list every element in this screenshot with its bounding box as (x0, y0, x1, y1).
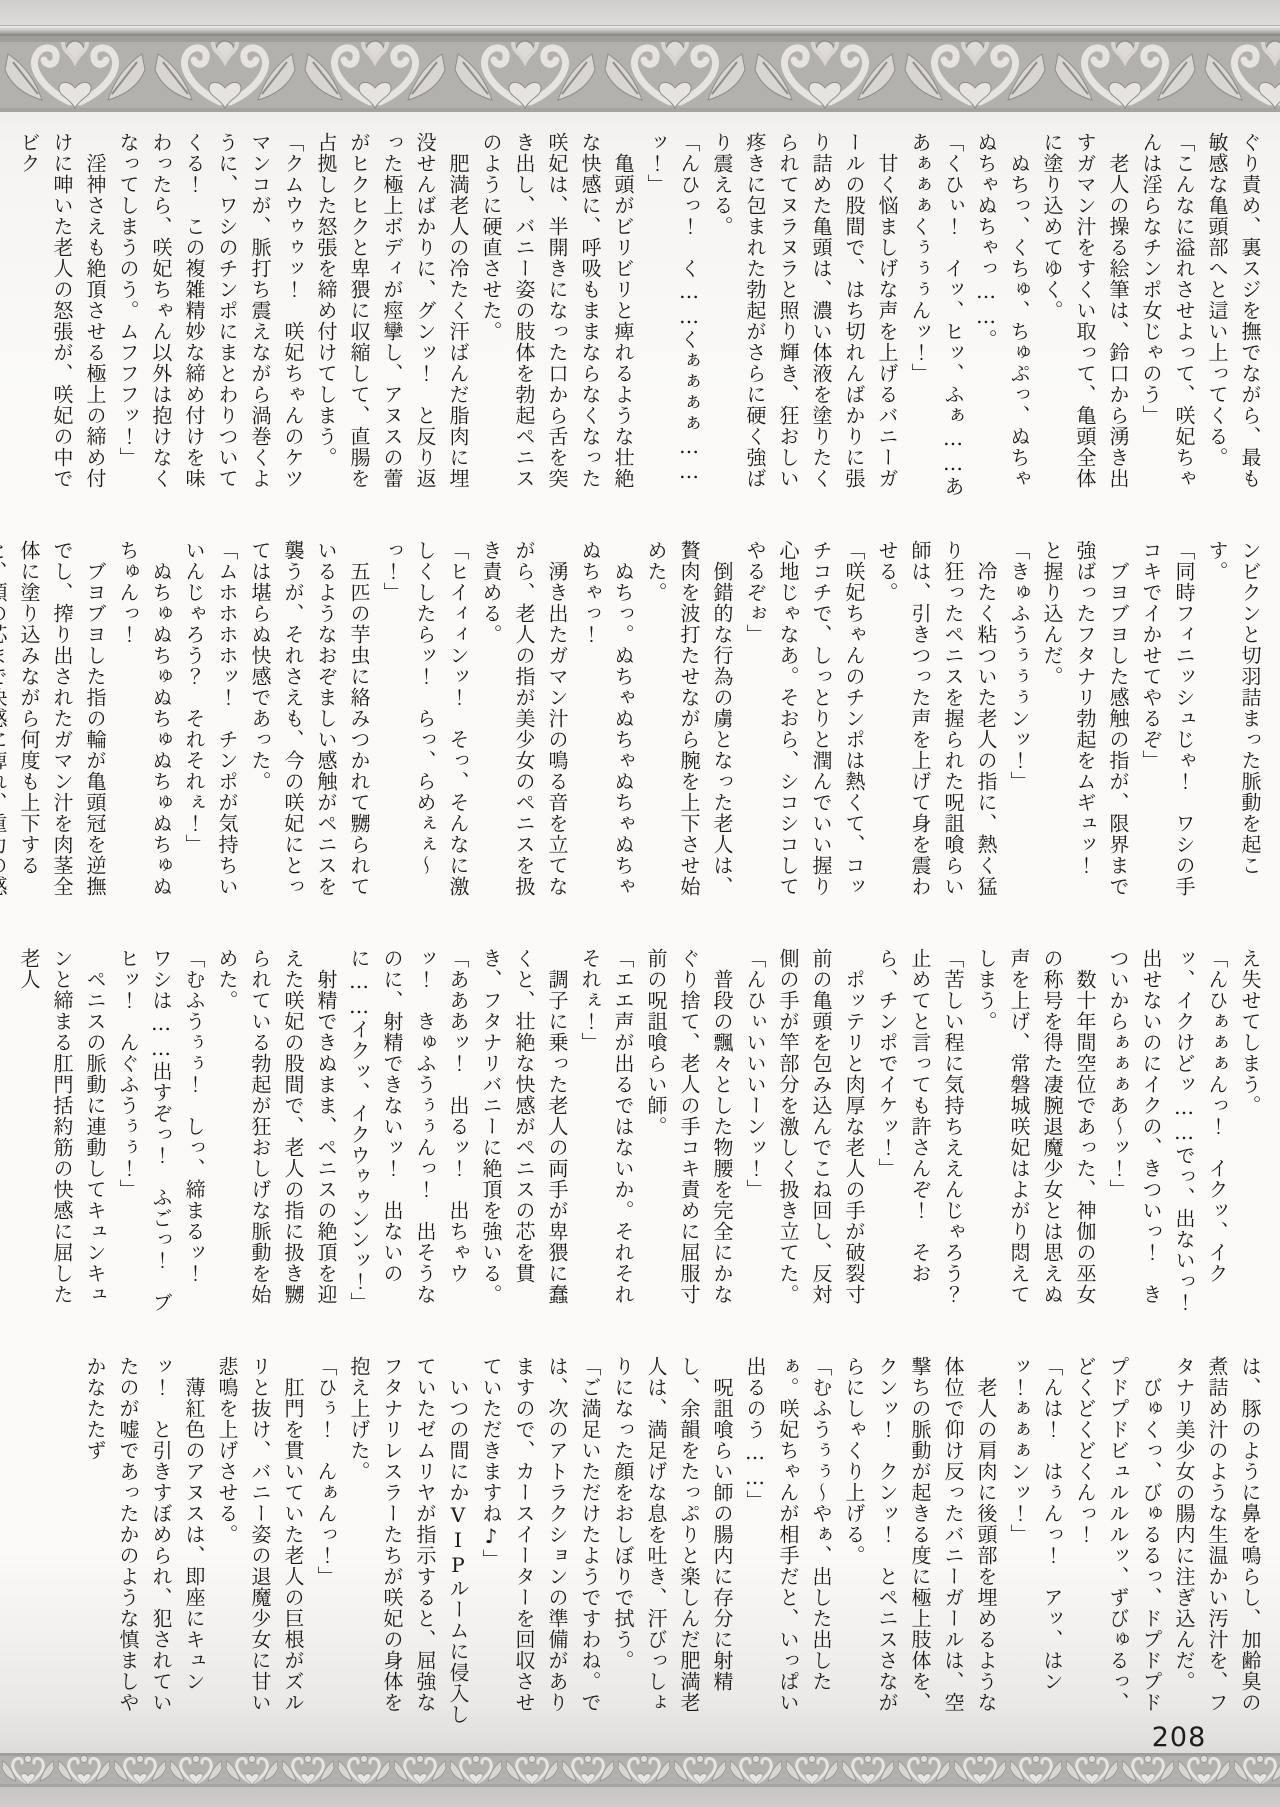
scrollwork-frieze-small-icon (0, 1753, 1280, 1787)
paragraph: 「ムホホホホッ！ チンポが気持ちいいんじゃろう？ それそれぇ！」 (177, 540, 243, 914)
top-margin-strip (0, 0, 1280, 25)
scrollwork-frieze-icon (0, 36, 1280, 112)
paragraph: え失せてしまう。 (1233, 948, 1266, 1322)
paragraph: 老人の操る絵筆は、鈴口から湧き出すガマン汁をすくい取って、亀頭全体に塗り込めてゆ… (1035, 132, 1134, 506)
paragraph: 「苦しい程に気持ちええんじゃろう？ 止めてと言っても許さんぞ！ そおら、チンポで… (870, 948, 969, 1322)
paragraph: 数十年間空位であった、神伽の巫女の称号を得た凄腕退魔少女とは思えぬ声を上げ、常磐… (969, 948, 1101, 1322)
bottom-margin-strip (0, 1787, 1280, 1807)
paragraph: 「ひぅ！ んぁんっ！」 (309, 1356, 342, 1730)
paragraph: 「んひぃいいいーンッ！」 (738, 948, 771, 1322)
paragraph: 「ご満足いただけたようですわね。では、次のアトラクションの準備がありますので、カ… (474, 1356, 606, 1730)
paragraph: 倒錯的な行為の虜となった老人は、贅肉を波打たせながら腕を上下させ始めた。 (639, 540, 738, 914)
paragraph: 「んひっ！ く……くぁぁぁぁ……ッ！」 (639, 132, 705, 506)
paragraph: 五匹の芋虫に絡みつかれて嬲られているようなおぞましい感触がペニスを襲うが、それさ… (243, 540, 375, 914)
paragraph: びゅくっ、びゅるるっ、ドプドプドプドプドビュルルルッ、ずびゅるっ、どくどくどくん… (1068, 1356, 1167, 1730)
paragraph: 呪詛喰らい師の腸内に存分に射精し、余韻をたっぷりと楽しんだ肥満老人は、満足げな息… (606, 1356, 738, 1730)
paragraph: 「んひぁぁぁんっ！ イクッ、イクッ、イクけどッ……でっ、出ないっ！ 出せないのに… (1101, 948, 1233, 1322)
paragraph: 薄紅色のアヌスは、即座にキュンッ！ と引きすぼめられ、犯されていたのが嘘であった… (78, 1356, 210, 1730)
paragraph: 「咲妃ちゃんのチンポは熱くて、コッチコチで、しっとりと潤んでいい握り心地じゃなあ… (738, 540, 870, 914)
paragraph: 「同時フィニッシュじゃ！ ワシの手コキでイかせてやるぞ」 (1134, 540, 1200, 914)
paragraph: ブヨブヨした感触の指が、限界まで強ばったフタナリ勃起をムギュッ！ と握り込んだ。 (1035, 540, 1134, 914)
paragraph: 「きゅふうぅぅぅンッ！」 (1002, 540, 1035, 914)
ornamental-top-border (0, 0, 1280, 112)
text-band-1: ぐり責め、裏スジを撫でながら、最も敏感な亀頭部へと這い上ってくる。「こんなに溢れ… (0, 132, 1280, 506)
paragraph: 「ヒイィィンッ！ そっ、そんなに激しくしたらッ！ らっ、らめぇぇ～っ！」 (375, 540, 474, 914)
paragraph: 「クムウゥゥッ！ 咲妃ちゃんのケツマンコが、脈打ち震えながら渦巻くように、ワシの… (111, 132, 309, 506)
paragraph: 「むふうぅぅ！ しっ、締まるッ！ ワシは……出すぞっ！ ふごっ！ ブヒッ！ んぐ… (111, 948, 210, 1322)
paragraph: ペニスの脈動に連動してキュンキュンと締まる肛門括約筋の快感に屈した老人 (12, 948, 111, 1322)
paragraph: 調子に乗った老人の両手が卑猥に蠢くと、壮絶な快感がペニスの芯を貫き、フタナリバニ… (474, 948, 573, 1322)
page-number: 208 (1146, 1722, 1212, 1753)
top-ridge-line (0, 25, 1280, 36)
paragraph: 肛門を貫いていた老人の巨根がズルリと抜け、バニー姿の退魔少女に甘い悲鳴を上げさせ… (210, 1356, 309, 1730)
ornamental-bottom-border (0, 1753, 1280, 1807)
paragraph: 「むふうぅぅ～やぁ、出した出したぁ。咲妃ちゃんが相手だと、いっぱい出るのう……」 (738, 1356, 837, 1730)
paragraph: いつの間にかVIPルームに侵入していたゼムリヤが指示すると、屈強なフタナリレスラ… (342, 1356, 474, 1730)
paragraph: 「エエ声が出るではないか。それそれそれぇ！」 (573, 948, 639, 1322)
paragraph: 亀頭がビリビリと痺れるような壮絶な快感に、呼吸もままならなくなった咲妃は、半開き… (474, 132, 639, 506)
paragraph: ぬちっ。ぬちゃぬちゃぬちゃぬちゃぬちゃっ！ (573, 540, 639, 914)
paragraph: 肥満老人の冷たく汗ばんだ脂肉に埋没せんばかりに、グンッ！ と反り返った極上ボディ… (309, 132, 474, 506)
paragraph: 「んは！ はぅんっ！ アッ、はンッ！ぁぁぁンッ！」 (1002, 1356, 1068, 1730)
paragraph: は、豚のように鼻を鳴らし、加齢臭の煮詰め汁のような生温かい汚汁を、フタナリ美少女… (1167, 1356, 1266, 1730)
paragraph: 射精できぬまま、ペニスの絶頂を迎えた咲妃の股間で、老人の指に扱き嬲られている勃起… (210, 948, 342, 1322)
text-band-3: え失せてしまう。「んひぁぁぁんっ！ イクッ、イクッ、イクけどッ……でっ、出ないっ… (0, 948, 1280, 1322)
paragraph: ンビクンと切羽詰まった脈動を起こす。 (1200, 540, 1266, 914)
text-band-4: は、豚のように鼻を鳴らし、加齢臭の煮詰め汁のような生温かい汚汁を、フタナリ美少女… (0, 1356, 1280, 1730)
paragraph: 「こんなに溢れさせよって、咲妃ちゃんは淫らなチンポ女じゃのう」 (1134, 132, 1200, 506)
paragraph: ぬちっ、くちゅ、ちゅぷっ、ぬちゃぬちゃぬちゃっ……。 (969, 132, 1035, 506)
paragraph: 「くひぃ！ イッ、ヒッ、ふぁ……ああぁぁぁくぅぅぅんッ！」 (903, 132, 969, 506)
paragraph: 老人の肩肉に後頭部を埋めるような体位で仰け反ったバニーガールは、空撃ちの脈動が起… (837, 1356, 1002, 1730)
paragraph: 「あああッ！ 出るッ！ 出ちゃウッ！ きゅふうぅぅんっ！ 出そうなのに、射精でき… (342, 948, 474, 1322)
paragraph: 冷たく粘ついた老人の指に、熱く猛り狂ったペニスを握られた呪詛喰らい師は、引きつっ… (870, 540, 1002, 914)
paragraph: 淫神さえも絶頂させる極上の締め付けに呻いた老人の怒張が、咲妃の中でビク (12, 132, 111, 506)
paragraph: ブヨブヨした指の輪が亀頭冠を逆撫でし、搾り出されたガマン汁を肉茎全体に塗り込みな… (0, 540, 111, 914)
text-band-2: ンビクンと切羽詰まった脈動を起こす。「同時フィニッシュじゃ！ ワシの手コキでイか… (0, 540, 1280, 914)
paragraph: ポッテリと肉厚な老人の手が破裂寸前の亀頭を包み込んでこね回し、反対側の手が竿部分… (771, 948, 870, 1322)
paragraph: ぐり責め、裏スジを撫でながら、最も敏感な亀頭部へと這い上ってくる。 (1200, 132, 1266, 506)
paragraph: ぬちゅぬちゅぬちゅぬちゅぬちゅぬちゅんっ！ (111, 540, 177, 914)
paragraph: 湧き出たガマン汁の鳴る音を立てながら、老人の指が美少女のペニスを扱き責める。 (474, 540, 573, 914)
book-page: ぐり責め、裏スジを撫でながら、最も敏感な亀頭部へと這い上ってくる。「こんなに溢れ… (0, 0, 1280, 1807)
paragraph: 甘く悩ましげな声を上げるバニーガールの股間で、はち切れんばかりに張り詰めた亀頭は… (705, 132, 903, 506)
paragraph: 普段の飄々とした物腰を完全にかなぐり捨て、老人の手コキ責めに屈服寸前の呪詛喰らい… (639, 948, 738, 1322)
